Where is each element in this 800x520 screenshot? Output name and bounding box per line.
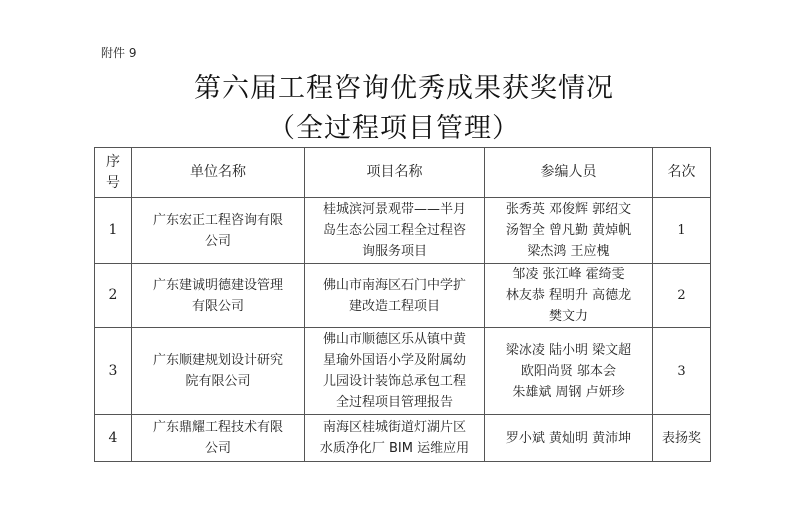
text-line: 询服务项目 — [311, 241, 478, 262]
text-line: 罗小斌 黄灿明 黄沛坤 — [491, 428, 646, 449]
text-line: 广东宏正工程咨询有限 — [138, 210, 298, 231]
row-rank: 3 — [653, 328, 711, 415]
awards-table: 序 号 单位名称 项目名称 参编人员 名次 1 广东宏正工程咨询有限 公司 桂城… — [94, 147, 711, 462]
row-rank: 1 — [653, 198, 711, 264]
table-row: 4 广东鼎耀工程技术有限 公司 南海区桂城街道灯湖片区 水质净化厂 BIM 运维… — [95, 415, 711, 462]
row-project: 桂城滨河景观带——半月 岛生态公园工程全过程咨 询服务项目 — [305, 198, 485, 264]
row-members: 罗小斌 黄灿明 黄沛坤 — [485, 415, 653, 462]
text-line: 桂城滨河景观带——半月 — [311, 199, 478, 220]
table-row: 2 广东建诚明德建设管理 有限公司 佛山市南海区石门中学扩 建改造工程项目 邹凌… — [95, 264, 711, 328]
table-row: 1 广东宏正工程咨询有限 公司 桂城滨河景观带——半月 岛生态公园工程全过程咨 … — [95, 198, 711, 264]
row-unit: 广东宏正工程咨询有限 公司 — [132, 198, 305, 264]
attachment-label: 附件 9 — [101, 44, 136, 61]
text-line: 朱雄斌 周钢 卢妍珍 — [491, 382, 646, 403]
text-line: 星瑜外国语小学及附属幼 — [311, 350, 478, 371]
row-unit: 广东建诚明德建设管理 有限公司 — [132, 264, 305, 328]
row-rank: 2 — [653, 264, 711, 328]
text-line: 广东鼎耀工程技术有限 — [138, 417, 298, 438]
text-line: 公司 — [138, 438, 298, 459]
text-line: 林友恭 程明升 高德龙 — [491, 285, 646, 306]
row-seq: 2 — [95, 264, 132, 328]
row-unit: 广东顺建规划设计研究 院有限公司 — [132, 328, 305, 415]
text-line: 佛山市南海区石门中学扩 — [311, 275, 478, 296]
text-line: 梁冰凌 陆小明 梁文超 — [491, 340, 646, 361]
text-line: 张秀英 邓俊辉 郭绍文 — [491, 199, 646, 220]
text-line: 佛山市顺德区乐从镇中黄 — [311, 329, 478, 350]
page-subtitle: （全过程项目管理） — [0, 106, 794, 145]
header-unit: 单位名称 — [132, 148, 305, 198]
text-line: 公司 — [138, 231, 298, 252]
text-line: 欧阳尚贤 邬本会 — [491, 361, 646, 382]
row-seq: 3 — [95, 328, 132, 415]
table-header-row: 序 号 单位名称 项目名称 参编人员 名次 — [95, 148, 711, 198]
header-project: 项目名称 — [305, 148, 485, 198]
text-line: 岛生态公园工程全过程咨 — [311, 220, 478, 241]
text-line: 全过程项目管理报告 — [311, 392, 478, 413]
text-line: 院有限公司 — [138, 371, 298, 392]
text-line: 汤智全 曾凡勤 黄焯帆 — [491, 220, 646, 241]
row-project: 佛山市南海区石门中学扩 建改造工程项目 — [305, 264, 485, 328]
row-unit: 广东鼎耀工程技术有限 公司 — [132, 415, 305, 462]
row-seq: 4 — [95, 415, 132, 462]
text-line: 建改造工程项目 — [311, 296, 478, 317]
header-seq: 序 号 — [95, 148, 132, 198]
header-members: 参编人员 — [485, 148, 653, 198]
row-seq: 1 — [95, 198, 132, 264]
text-line: 南海区桂城街道灯湖片区 — [311, 417, 478, 438]
row-members: 邹凌 张江峰 霍绮雯 林友恭 程明升 高德龙 樊文力 — [485, 264, 653, 328]
header-seq-line: 序 — [101, 152, 125, 173]
text-line: 樊文力 — [491, 306, 646, 327]
table-row: 3 广东顺建规划设计研究 院有限公司 佛山市顺德区乐从镇中黄 星瑜外国语小学及附… — [95, 328, 711, 415]
row-members: 张秀英 邓俊辉 郭绍文 汤智全 曾凡勤 黄焯帆 梁杰鸿 王应槐 — [485, 198, 653, 264]
row-members: 梁冰凌 陆小明 梁文超 欧阳尚贤 邬本会 朱雄斌 周钢 卢妍珍 — [485, 328, 653, 415]
text-line: 水质净化厂 BIM 运维应用 — [311, 438, 478, 459]
row-rank: 表扬奖 — [653, 415, 711, 462]
page-title: 第六届工程咨询优秀成果获奖情况 — [4, 66, 800, 105]
row-project: 佛山市顺德区乐从镇中黄 星瑜外国语小学及附属幼 儿园设计装饰总承包工程 全过程项… — [305, 328, 485, 415]
row-project: 南海区桂城街道灯湖片区 水质净化厂 BIM 运维应用 — [305, 415, 485, 462]
text-line: 邹凌 张江峰 霍绮雯 — [491, 264, 646, 285]
header-seq-line: 号 — [101, 173, 125, 194]
text-line: 广东建诚明德建设管理 — [138, 275, 298, 296]
text-line: 儿园设计装饰总承包工程 — [311, 371, 478, 392]
header-rank: 名次 — [653, 148, 711, 198]
text-line: 广东顺建规划设计研究 — [138, 350, 298, 371]
text-line: 有限公司 — [138, 296, 298, 317]
text-line: 梁杰鸿 王应槐 — [491, 241, 646, 262]
